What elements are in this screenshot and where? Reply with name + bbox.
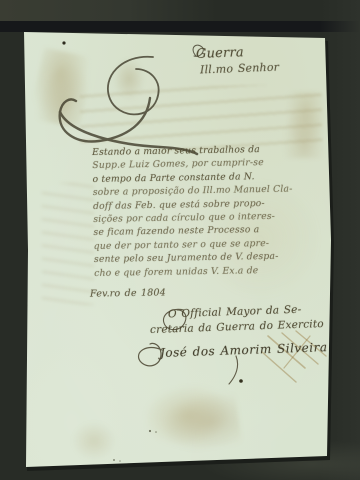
dateline: Fev.ro de 1804 (90, 287, 166, 299)
scan-backdrop: Guerra Ill.mo Senhor Estando a maior seu… (0, 0, 360, 480)
backdrop-dark-band (0, 21, 360, 32)
salutation: Ill.mo Senhor (200, 61, 280, 77)
ink-bleedthrough-margin (42, 183, 94, 305)
manuscript-page: Guerra Ill.mo Senhor Estando a maior seu… (0, 0, 360, 480)
letter-body: Estando a maior seus trabalhos da Supp.e… (92, 142, 328, 280)
docket-word: Guerra (196, 45, 244, 62)
